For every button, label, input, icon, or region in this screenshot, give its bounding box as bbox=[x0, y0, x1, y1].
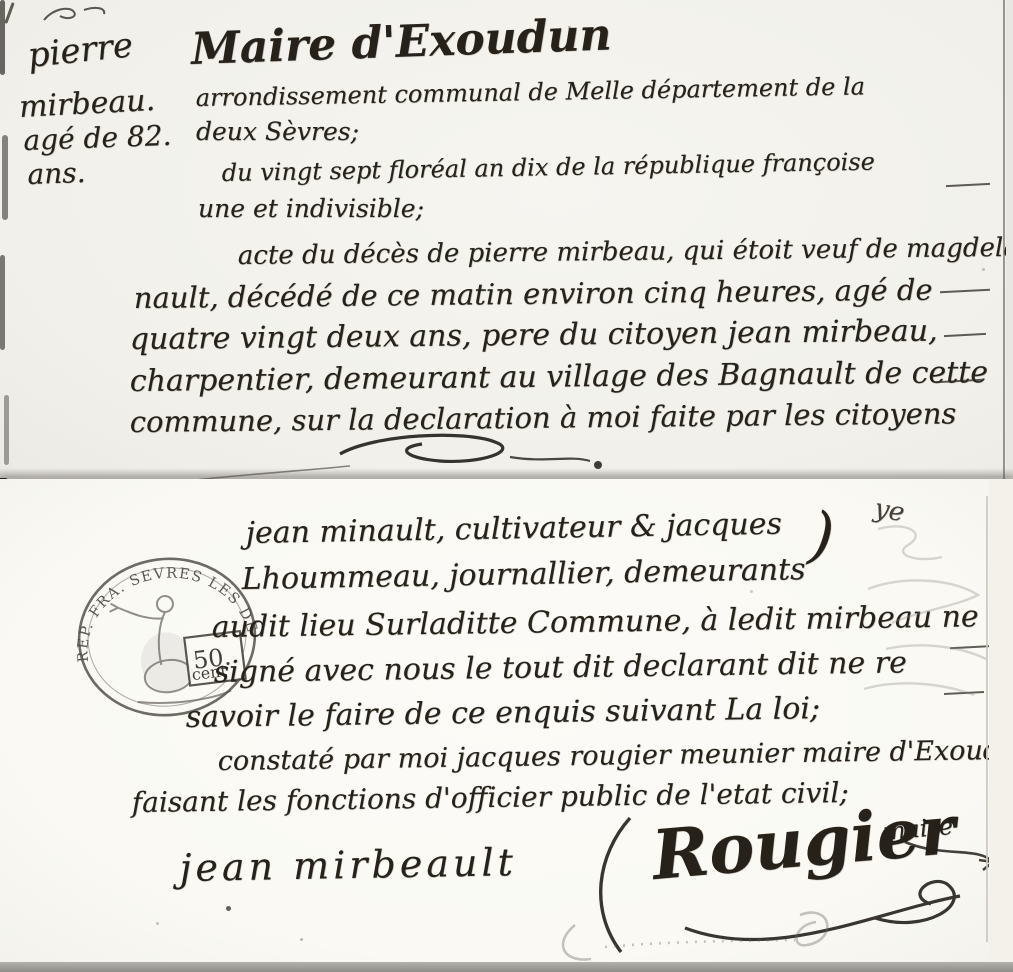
record-line: Lhoummeau, journallier, demeurants bbox=[241, 552, 805, 597]
ink-dash bbox=[946, 183, 990, 187]
margin-note-line: mirbeau. bbox=[18, 83, 156, 125]
record-line: du vingt sept floréal an dix de la répub… bbox=[222, 148, 876, 187]
ink-speck bbox=[300, 938, 303, 941]
death-record-scan: pierre mirbeau. agé de 82. ans. Maire d'… bbox=[0, 0, 1013, 972]
torn-edge-mark bbox=[0, 255, 5, 350]
torn-edge-mark bbox=[2, 135, 8, 220]
scan-background bbox=[1006, 0, 1013, 479]
bottom-page: REP. FRA. SEVRES LES DEUX 50. cent jean … bbox=[0, 479, 1013, 963]
record-line: quatre vingt deux ans, pere du citoyen j… bbox=[130, 314, 938, 357]
ink-speck bbox=[156, 922, 159, 925]
scan-background bbox=[989, 479, 1013, 963]
record-line: deux Sèvres; bbox=[196, 117, 359, 146]
record-heading: Maire d'Exoudun bbox=[190, 9, 612, 75]
ink-speck bbox=[226, 906, 231, 911]
ink-speck bbox=[750, 590, 753, 593]
margin-note-line: pierre bbox=[26, 25, 135, 76]
ghost-signature bbox=[545, 885, 885, 970]
page-edge-line bbox=[986, 496, 988, 942]
declarants-brace: ) bbox=[806, 497, 838, 572]
record-line: jean minault, cultivateur & jacques bbox=[245, 507, 782, 551]
record-line: savoir le faire de ce enquis suivant La … bbox=[186, 691, 821, 735]
ink-dash bbox=[940, 289, 990, 294]
signature-jean-mirbeault: jean mirbeault bbox=[179, 840, 517, 890]
torn-edge-mark bbox=[4, 395, 9, 465]
record-line: charpentier, demeurant au village des Ba… bbox=[130, 355, 989, 399]
torn-edge-mark bbox=[4, 2, 14, 24]
record-line: signé avec nous le tout dit declarant di… bbox=[214, 645, 908, 690]
scan-bottom-edge bbox=[0, 962, 1013, 972]
record-line: une et indivisible; bbox=[198, 194, 424, 223]
ink-speck bbox=[568, 26, 571, 29]
page-edge-line bbox=[1003, 0, 1005, 479]
record-line: nault, décédé de ce matin environ cinq h… bbox=[134, 273, 933, 315]
margin-note-line: ans. bbox=[27, 156, 86, 191]
ink-dash bbox=[944, 333, 986, 337]
torn-edge-mark bbox=[0, 0, 5, 75]
record-line: acte du décès de pierre mirbeau, qui éto… bbox=[238, 232, 1013, 271]
ink-speck bbox=[982, 268, 985, 271]
margin-note-line: agé de 82. bbox=[23, 119, 172, 157]
record-line: arrondissement communal de Melle départe… bbox=[196, 72, 866, 112]
top-page: pierre mirbeau. agé de 82. ans. Maire d'… bbox=[0, 0, 1013, 479]
record-line: constaté par moi jacques rougier meunier… bbox=[218, 735, 1013, 777]
cutoff-stroke bbox=[40, 4, 110, 28]
